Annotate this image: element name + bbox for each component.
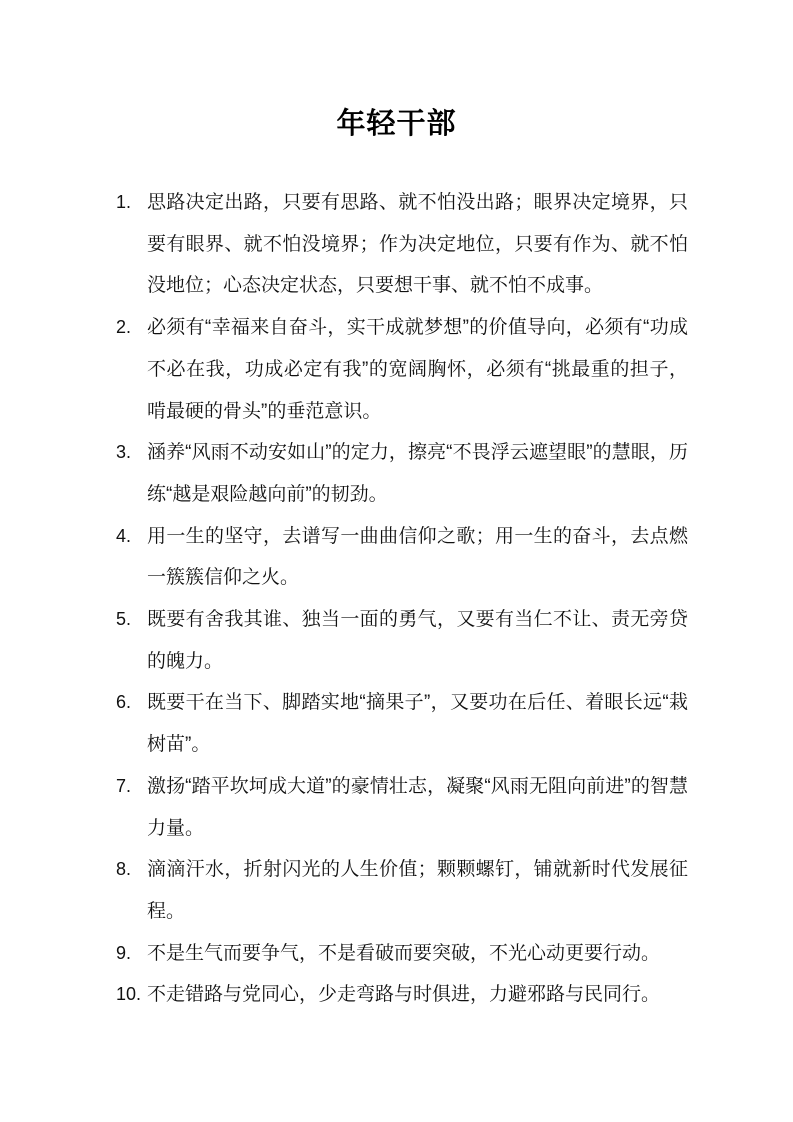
list-item: 1. 思路决定出路，只要有思路、就不怕没出路；眼界决定境界，只要有眼界、就不怕没… — [116, 182, 688, 307]
item-number: 8. — [116, 849, 147, 891]
item-text: 既要有舍我其谁、独当一面的勇气，又要有当仁不让、责无旁贷的魄力。 — [147, 599, 688, 682]
list-item: 3. 涵养“风雨不动安如山”的定力，擦亮“不畏浮云遮望眼”的慧眼，历练“越是艰险… — [116, 432, 688, 515]
list-item: 7. 激扬“踏平坎坷成大道”的豪情壮志，凝聚“风雨无阻向前进”的智慧力量。 — [116, 766, 688, 849]
item-text: 不走错路与党同心，少走弯路与时俱进，力避邪路与民同行。 — [147, 974, 688, 1016]
page-title: 年轻干部 — [0, 108, 793, 141]
numbered-list: 1. 思路决定出路，只要有思路、就不怕没出路；眼界决定境界，只要有眼界、就不怕没… — [116, 182, 688, 1016]
list-item: 6. 既要干在当下、脚踏实地“摘果子”，又要功在后任、着眼长远“栽树苗”。 — [116, 682, 688, 765]
item-number: 6. — [116, 682, 147, 724]
list-item: 8. 滴滴汗水，折射闪光的人生价值；颗颗螺钉，铺就新时代发展征程。 — [116, 849, 688, 932]
list-item: 2. 必须有“幸福来自奋斗，实干成就梦想”的价值导向，必须有“功成不必在我，功成… — [116, 307, 688, 432]
item-number: 5. — [116, 599, 147, 641]
item-number: 1. — [116, 182, 147, 224]
item-text: 不是生气而要争气，不是看破而要突破，不光心动更要行动。 — [147, 933, 688, 975]
list-item: 9. 不是生气而要争气，不是看破而要突破，不光心动更要行动。 — [116, 933, 688, 975]
list-item: 5. 既要有舍我其谁、独当一面的勇气，又要有当仁不让、责无旁贷的魄力。 — [116, 599, 688, 682]
item-text: 既要干在当下、脚踏实地“摘果子”，又要功在后任、着眼长远“栽树苗”。 — [147, 682, 688, 765]
item-number: 7. — [116, 766, 147, 808]
item-number: 2. — [116, 307, 147, 349]
item-text: 涵养“风雨不动安如山”的定力，擦亮“不畏浮云遮望眼”的慧眼，历练“越是艰险越向前… — [147, 432, 688, 515]
item-text: 思路决定出路，只要有思路、就不怕没出路；眼界决定境界，只要有眼界、就不怕没境界；… — [147, 182, 688, 307]
list-item: 10. 不走错路与党同心，少走弯路与时俱进，力避邪路与民同行。 — [116, 974, 688, 1016]
item-text: 用一生的坚守，去谱写一曲曲信仰之歌；用一生的奋斗，去点燃一簇簇信仰之火。 — [147, 516, 688, 599]
item-text: 激扬“踏平坎坷成大道”的豪情壮志，凝聚“风雨无阻向前进”的智慧力量。 — [147, 766, 688, 849]
item-number: 4. — [116, 516, 147, 558]
item-number: 9. — [116, 933, 147, 975]
document-page: 年轻干部 1. 思路决定出路，只要有思路、就不怕没出路；眼界决定境界，只要有眼界… — [0, 0, 793, 1122]
item-number: 3. — [116, 432, 147, 474]
item-text: 必须有“幸福来自奋斗，实干成就梦想”的价值导向，必须有“功成不必在我，功成必定有… — [147, 307, 688, 432]
item-text: 滴滴汗水，折射闪光的人生价值；颗颗螺钉，铺就新时代发展征程。 — [147, 849, 688, 932]
list-item: 4. 用一生的坚守，去谱写一曲曲信仰之歌；用一生的奋斗，去点燃一簇簇信仰之火。 — [116, 516, 688, 599]
item-number: 10. — [116, 974, 147, 1016]
